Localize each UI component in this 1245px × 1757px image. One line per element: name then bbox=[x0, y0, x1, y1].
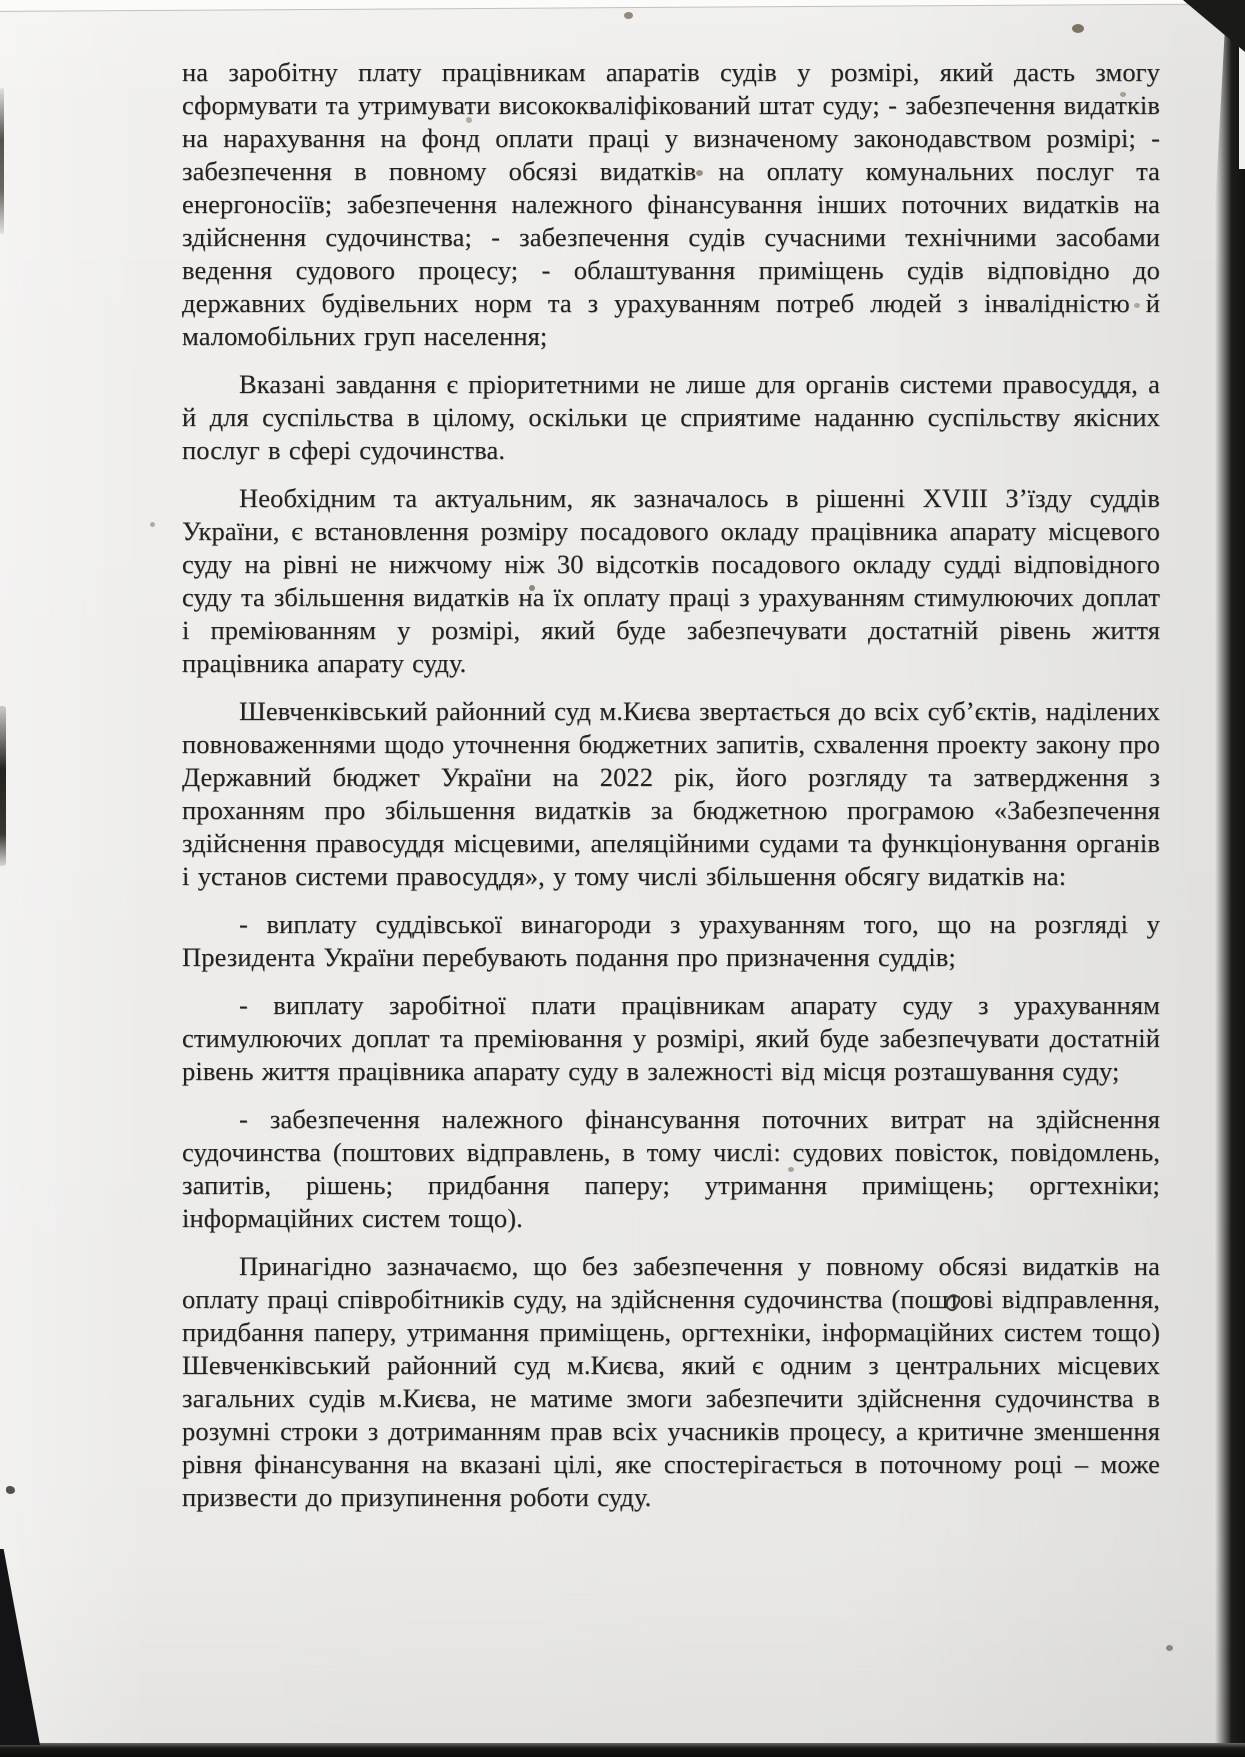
document-text: на заробітну плату працівникам апаратів … bbox=[182, 56, 1160, 1529]
paragraph: Принагідно зазначаємо, що без забезпечен… bbox=[182, 1250, 1160, 1514]
scan-artifact-left-sliver-lower bbox=[0, 706, 6, 866]
paragraph: - виплату суддівської винагороди з ураху… bbox=[182, 908, 1160, 974]
scan-artifact-bottom-left-corner bbox=[0, 1549, 40, 1745]
paragraph: Шевченківський районний суд м.Києва звер… bbox=[182, 695, 1160, 893]
scan-artifact-left-sliver-upper bbox=[0, 88, 4, 234]
paragraph: - забезпечення належного фінансування по… bbox=[182, 1103, 1160, 1235]
paper-speck bbox=[6, 1486, 15, 1494]
paper-speck bbox=[1166, 1645, 1173, 1651]
paragraph: - виплату заробітної плати працівникам а… bbox=[182, 989, 1160, 1088]
scan-artifact-top-edge bbox=[0, 0, 1245, 12]
scan-artifact-bottom-edge bbox=[0, 1743, 1245, 1757]
paper-speck bbox=[624, 12, 633, 19]
paragraph: на заробітну плату працівникам апаратів … bbox=[182, 56, 1160, 353]
scanned-document-page: на заробітну плату працівникам апаратів … bbox=[0, 0, 1245, 1757]
paragraph: Вказані завдання є пріоритетними не лише… bbox=[182, 368, 1160, 467]
scan-artifact-right-edge bbox=[1215, 0, 1245, 1747]
paragraph: Необхідним та актуальним, як зазначалось… bbox=[182, 482, 1160, 680]
paper-speck bbox=[150, 522, 155, 527]
paper-speck bbox=[1072, 24, 1084, 33]
